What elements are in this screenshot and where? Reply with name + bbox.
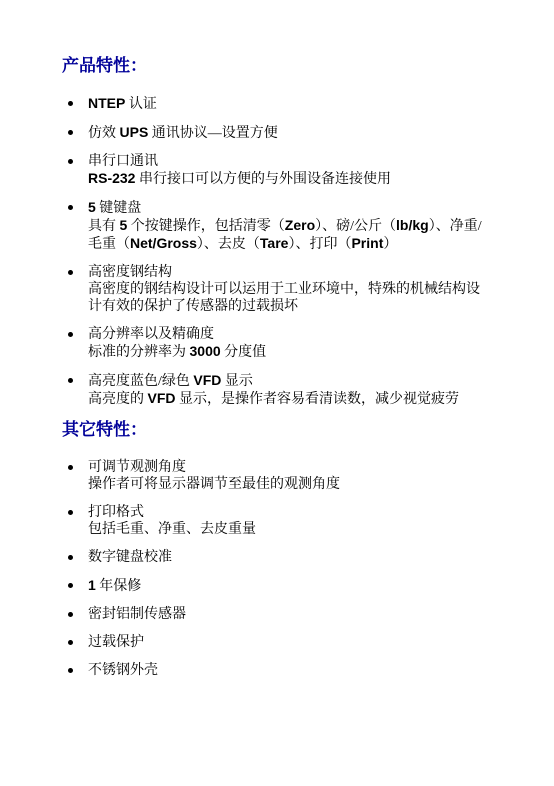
feature-text: 可调节观测角度 操作者可将显示器调节至最佳的观测角度 — [88, 459, 492, 493]
bullet-icon — [68, 612, 73, 617]
bullet-icon — [68, 270, 73, 275]
feature-item-steel-structure: 高密度钢结构 高密度的钢结构设计可以运用于工业环境中，特殊的机械结构设计有效的保… — [68, 264, 496, 315]
feature-line: 打印格式 — [88, 504, 492, 521]
feature-text: 5 键键盘 具有 5 个按键操作，包括清零（Zero）、磅/公斤（lb/kg）、… — [88, 199, 492, 253]
feature-item-overload-protection: 过载保护 — [68, 634, 496, 651]
feature-item-sealed-load-cell: 密封铝制传感器 — [68, 606, 496, 623]
bullet-icon — [68, 159, 73, 164]
bullet-icon — [68, 583, 73, 588]
feature-text: 数字键盘校准 — [88, 549, 492, 566]
bullet-icon — [68, 555, 73, 560]
feature-line: 不锈钢外壳 — [88, 662, 492, 679]
feature-item-ntep: NTEP 认证 — [68, 95, 496, 113]
feature-line: 高分辨率以及精确度 — [88, 326, 492, 343]
feature-line: 5 键键盘 — [88, 199, 492, 217]
feature-item-warranty: 1 年保修 — [68, 577, 496, 595]
feature-line: 高密度的钢结构设计可以运用于工业环境中，特殊的机械结构设计有效的保护了传感器的过… — [88, 281, 492, 315]
feature-item-serial-port: 串行口通讯 RS-232 串行接口可以方便的与外围设备连接使用 — [68, 153, 496, 188]
feature-line: 1 年保修 — [88, 577, 492, 595]
feature-item-vfd-display: 高亮度蓝色/绿色 VFD 显示 高亮度的 VFD 显示，是操作者容易看清读数，减… — [68, 372, 496, 408]
feature-line: 可调节观测角度 — [88, 459, 492, 476]
feature-text: 1 年保修 — [88, 577, 492, 595]
feature-item-ups-protocol: 仿效 UPS 通讯协议—设置方便 — [68, 124, 496, 142]
feature-item-stainless-housing: 不锈钢外壳 — [68, 662, 496, 679]
bullet-icon — [68, 130, 73, 135]
feature-line: 密封铝制传感器 — [88, 606, 492, 623]
feature-text: 打印格式 包括毛重、净重、去皮重量 — [88, 504, 492, 538]
feature-text: 过载保护 — [88, 634, 492, 651]
feature-line: 具有 5 个按键操作，包括清零（Zero）、磅/公斤（lb/kg）、净重/毛重（… — [88, 217, 492, 253]
feature-line: 仿效 UPS 通讯协议—设置方便 — [88, 124, 492, 142]
section-heading-other-features: 其它特性： — [62, 419, 496, 441]
feature-line: 高密度钢结构 — [88, 264, 492, 281]
feature-item-keypad-calibration: 数字键盘校准 — [68, 549, 496, 566]
feature-item-print-format: 打印格式 包括毛重、净重、去皮重量 — [68, 504, 496, 538]
feature-line: 高亮度蓝色/绿色 VFD 显示 — [88, 372, 492, 390]
bullet-icon — [68, 510, 73, 515]
feature-text: 不锈钢外壳 — [88, 662, 492, 679]
feature-text: 串行口通讯 RS-232 串行接口可以方便的与外围设备连接使用 — [88, 153, 492, 188]
bullet-icon — [68, 378, 73, 383]
bullet-icon — [68, 465, 73, 470]
feature-text: 仿效 UPS 通讯协议—设置方便 — [88, 124, 492, 142]
feature-line: 高亮度的 VFD 显示，是操作者容易看清读数，减少视觉疲劳 — [88, 390, 492, 408]
feature-line: 操作者可将显示器调节至最佳的观测角度 — [88, 476, 492, 493]
feature-text: NTEP 认证 — [88, 95, 492, 113]
feature-line: 过载保护 — [88, 634, 492, 651]
document-page: 产品特性： NTEP 认证 仿效 UPS 通讯协议—设置方便 串行口通讯 RS-… — [0, 0, 554, 786]
feature-line: 包括毛重、净重、去皮重量 — [88, 521, 492, 538]
bullet-icon — [68, 205, 73, 210]
other-feature-list: 可调节观测角度 操作者可将显示器调节至最佳的观测角度 打印格式 包括毛重、净重、… — [62, 459, 496, 679]
feature-line: RS-232 串行接口可以方便的与外围设备连接使用 — [88, 170, 492, 188]
feature-text: 高密度钢结构 高密度的钢结构设计可以运用于工业环境中，特殊的机械结构设计有效的保… — [88, 264, 492, 315]
feature-line: NTEP 认证 — [88, 95, 492, 113]
section-heading-product-features: 产品特性： — [62, 55, 496, 77]
feature-text: 密封铝制传感器 — [88, 606, 492, 623]
feature-line: 标准的分辨率为 3000 分度值 — [88, 343, 492, 361]
feature-item-resolution: 高分辨率以及精确度 标准的分辨率为 3000 分度值 — [68, 326, 496, 361]
feature-item-5-key-keypad: 5 键键盘 具有 5 个按键操作，包括清零（Zero）、磅/公斤（lb/kg）、… — [68, 199, 496, 253]
bullet-icon — [68, 101, 73, 106]
bullet-icon — [68, 668, 73, 673]
feature-line: 数字键盘校准 — [88, 549, 492, 566]
product-feature-list: NTEP 认证 仿效 UPS 通讯协议—设置方便 串行口通讯 RS-232 串行… — [62, 95, 496, 408]
feature-line: 串行口通讯 — [88, 153, 492, 170]
feature-text: 高分辨率以及精确度 标准的分辨率为 3000 分度值 — [88, 326, 492, 361]
feature-text: 高亮度蓝色/绿色 VFD 显示 高亮度的 VFD 显示，是操作者容易看清读数，减… — [88, 372, 492, 408]
feature-item-adjustable-angle: 可调节观测角度 操作者可将显示器调节至最佳的观测角度 — [68, 459, 496, 493]
bullet-icon — [68, 640, 73, 645]
bullet-icon — [68, 332, 73, 337]
